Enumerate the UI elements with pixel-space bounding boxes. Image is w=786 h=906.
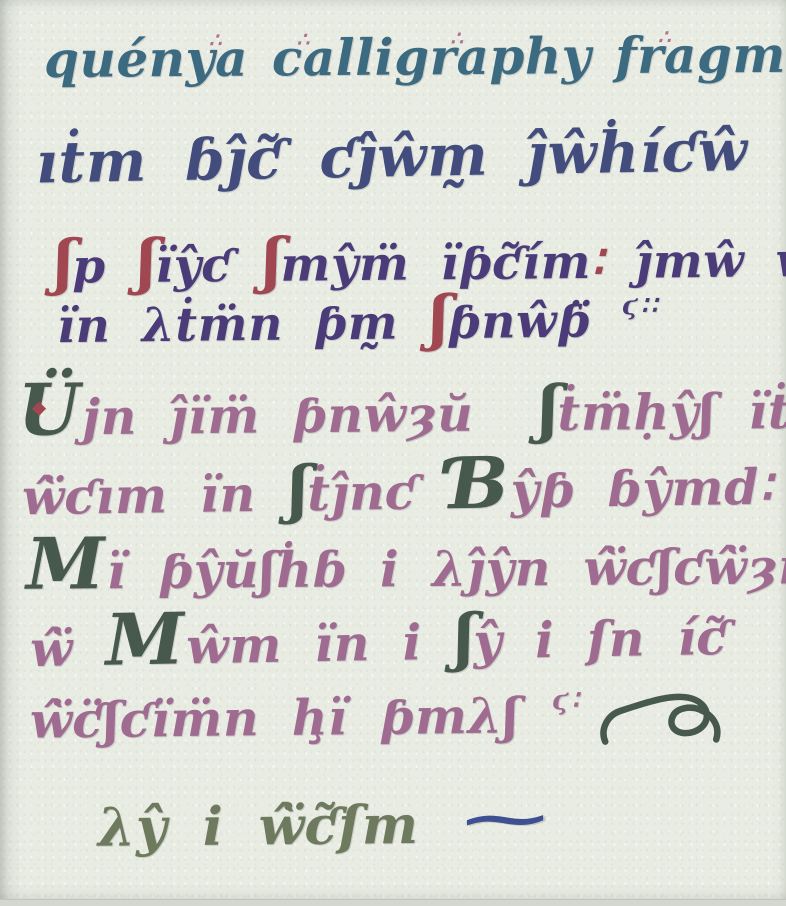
glyph-run: ŷ i ſn íƈ̃ xyxy=(473,608,728,670)
page-title: quénya∴ ca∴lligra∴phy fra∴gments xyxy=(44,29,786,85)
versal-initial: Ü xyxy=(18,367,81,452)
glyph-run: gments xyxy=(697,24,786,84)
tengwar-line-mauve-2: ŵ̈ƈım ïn ʃṫĵnƈ Ɓŷƥ ɓŷmd∶ xyxy=(22,444,773,526)
tengwar-line-mauve-5: ŵ̈ƈ̈ʃƈïm̈n ḩï ƥmλʃ ϛ∶ xyxy=(30,684,725,757)
tengwar-line-blue: ıṫm ɓĵƈ̃ ƈĵŵm̰ ĵŵḣíƈŵ ϛ∶ xyxy=(36,117,786,191)
glyph-run: ïŷƈ xyxy=(155,238,263,294)
glyph-run: ŵ̈ xyxy=(30,619,106,678)
glyph-run: ṫm̈ḥŷʃ ïṫŭn xyxy=(557,381,786,442)
glyph-run: ∶ xyxy=(591,235,636,290)
glyph-run: p xyxy=(72,239,137,295)
tengwar-line-mauve-4: ŵ̈ Mŵm ïn i ʃŷ i ſn íƈ̃ xyxy=(29,594,728,677)
versal-initial: M xyxy=(105,596,186,681)
versal-initial: M xyxy=(26,521,106,606)
tengwar-line-mauve-3: Mï ƥŷŭʃḣɓ i λĵŷn ŵ̈ƈʃƈŵ̈ȝm xyxy=(26,523,786,600)
glyph-run: jn ĵïm̈ ƥnŵȝŭ xyxy=(82,384,539,446)
versal-initial: Ɓ xyxy=(448,440,510,525)
tengwar-line-purple-1: ʃp ʃïŷƈ ʃmŷm̈ ïƥƈ̃ím∶ ĵmŵ ŵŷm̈ xyxy=(54,225,786,292)
end-punctuation: ϛ∶∶ xyxy=(622,291,661,321)
glyph-run: ïn λṫm̈n ƥm̰ xyxy=(57,295,430,354)
glyph-run: ïƥƈ̃ím xyxy=(440,235,591,291)
glyph-run: ŷƥ ɓŷmd∶ xyxy=(510,458,773,520)
glyph-run: ŵm ïn i xyxy=(186,613,455,676)
glyph-run: ï ƥŷŭʃḣɓ i λĵŷn ŵ̈ƈʃƈŵ̈ȝm xyxy=(107,537,786,600)
glyph-run: ĵmŵ ŵŷm̈ xyxy=(635,232,786,289)
tengwar-line-purple-2: ïn λṫm̈n ƥm̰ ʃƥnŵƥ̈ ϛ∶∶ xyxy=(57,286,661,352)
glyph-run: ŵ̈ƈ̈ʃƈïm̈n ḩï ƥmλʃ xyxy=(30,686,553,749)
terminal-swash: ~ xyxy=(454,792,558,846)
glyph-run: ca xyxy=(248,28,336,88)
glyph-run: ṫĵnƈ xyxy=(307,462,449,522)
glyph-run: ƥnŵƥ̈ xyxy=(447,293,622,350)
scan-edge xyxy=(0,899,786,906)
colophon-line: λŷ i ŵ̈ƈ̃ſm ~ xyxy=(98,798,500,854)
swash-flourish-icon xyxy=(596,684,725,751)
calligraphy-sheet: quénya∴ ca∴lligra∴phy fra∴gments ıṫm ɓĵƈ… xyxy=(0,0,786,906)
glyph-run: lligra xyxy=(335,27,489,87)
glyph-run: mŷm̈ xyxy=(280,236,441,292)
tengwar-line-mauve-1: Ü◆jn ĵïm̈ ƥnŵȝŭ ʃṫm̈ḥŷʃ ïṫŭn xyxy=(18,367,786,445)
glyph-run: ıṫm ɓĵƈ̃ ƈĵŵm̰ ĵŵḣíƈŵ xyxy=(36,116,786,196)
glyph-run: λŷ i ŵ̈ƈ̃ſm xyxy=(98,794,454,859)
glyph-run: ŵ̈ƈım ïn xyxy=(22,465,289,527)
end-punctuation: ϛ∶ xyxy=(552,685,582,716)
